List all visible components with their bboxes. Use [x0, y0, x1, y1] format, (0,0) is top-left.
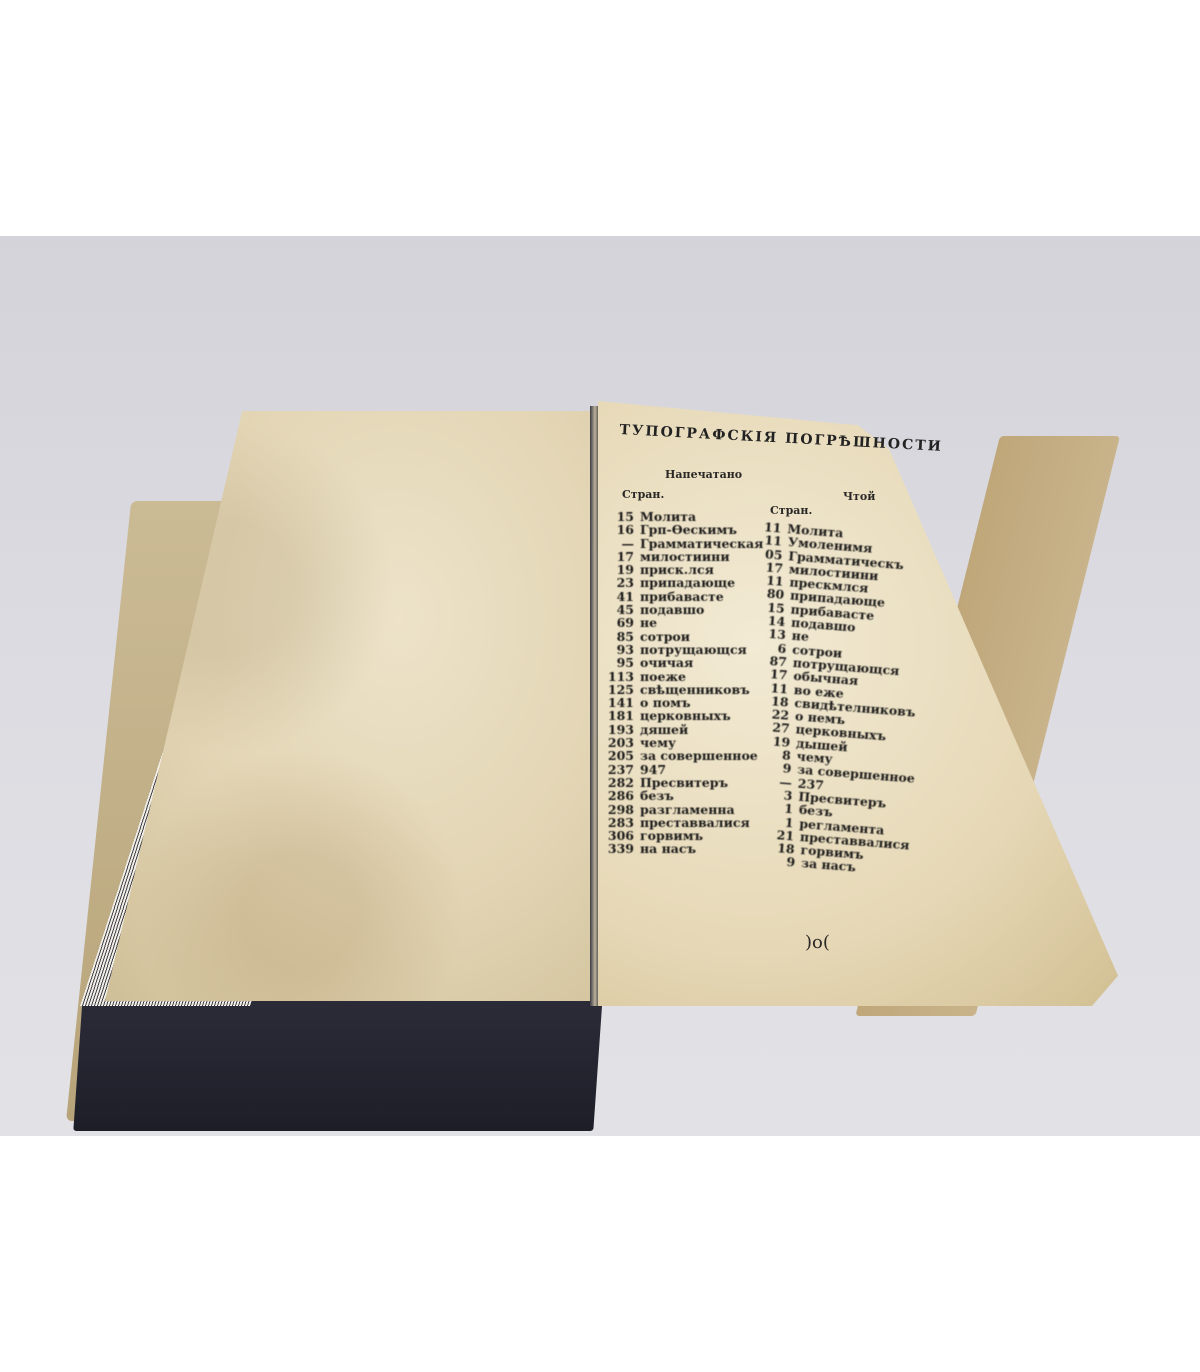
page-number: 283 [604, 816, 634, 829]
page-number: 23 [604, 576, 634, 589]
printed-page-label: Стран. [622, 488, 664, 501]
page-number: 113 [604, 670, 634, 683]
corrected-errata-list: 11Молита11Умоленимя05Грамматическъ17мило… [735, 520, 934, 878]
page-number: 205 [604, 749, 634, 762]
errata-row: 95очичая [604, 656, 763, 669]
errata-row: 125свѣщенниковъ [604, 683, 763, 696]
page-number: 95 [604, 656, 634, 669]
corrected-page-label: Стран. [770, 504, 812, 517]
page-number: 93 [604, 643, 634, 656]
page-number: 15 [604, 510, 634, 523]
errata-row: 113поеже [604, 670, 763, 683]
errata-row: 15Молита [604, 510, 763, 523]
errata-row: 205за совершенное [604, 749, 763, 762]
errata-row: 181церковныхъ [604, 709, 763, 722]
errata-row: —Грамматическая [604, 537, 763, 550]
page-number: 69 [604, 616, 634, 629]
page-number: 193 [604, 723, 634, 736]
errata-row: 17милостиини [604, 550, 763, 563]
printed-column-header: Напечатано [665, 468, 742, 481]
errata-row: 45подавшо [604, 603, 763, 616]
page-number: 203 [604, 736, 634, 749]
book-cover-dark [73, 996, 602, 1131]
photo-background [0, 236, 1200, 1136]
errata-row: 93потрущающся [604, 643, 763, 656]
errata-row: 203чему [604, 736, 763, 749]
page-number: 85 [604, 630, 634, 643]
errata-row: 141о помъ [604, 696, 763, 709]
page-number: 9 [775, 855, 796, 870]
errata-row: 41прибавасте [604, 590, 763, 603]
errata-row: 282Пресвитеръ [604, 776, 763, 789]
page-number: 125 [604, 683, 634, 696]
page-number: 282 [604, 776, 634, 789]
errata-word: на насъ [640, 841, 696, 856]
page-number: 181 [604, 709, 634, 722]
page-number: 19 [604, 563, 634, 576]
page-number: 41 [604, 590, 634, 603]
page-number: 286 [604, 789, 634, 802]
page-number: 16 [604, 523, 634, 536]
errata-row: 16Грп-Ѳескимъ [604, 523, 763, 536]
page-number: 141 [604, 696, 634, 709]
errata-row: 193дяшей [604, 723, 763, 736]
errata-row: 19приск.лся [604, 563, 763, 576]
page-number: 339 [604, 842, 634, 855]
page-number: 237 [604, 763, 634, 776]
left-page-blank [105, 411, 595, 1001]
page-number: 306 [604, 829, 634, 842]
page-number: 17 [604, 550, 634, 563]
page-number: 45 [604, 603, 634, 616]
page-number: 298 [604, 803, 634, 816]
errata-row: 237947 [604, 763, 763, 776]
errata-row: 85сотрои [604, 630, 763, 643]
errata-row: 23припадающе [604, 576, 763, 589]
end-ornament: )o( [805, 932, 830, 953]
page-number: — [604, 537, 634, 550]
errata-row: 69не [604, 616, 763, 629]
corrected-column-header: Чтой [843, 490, 875, 503]
